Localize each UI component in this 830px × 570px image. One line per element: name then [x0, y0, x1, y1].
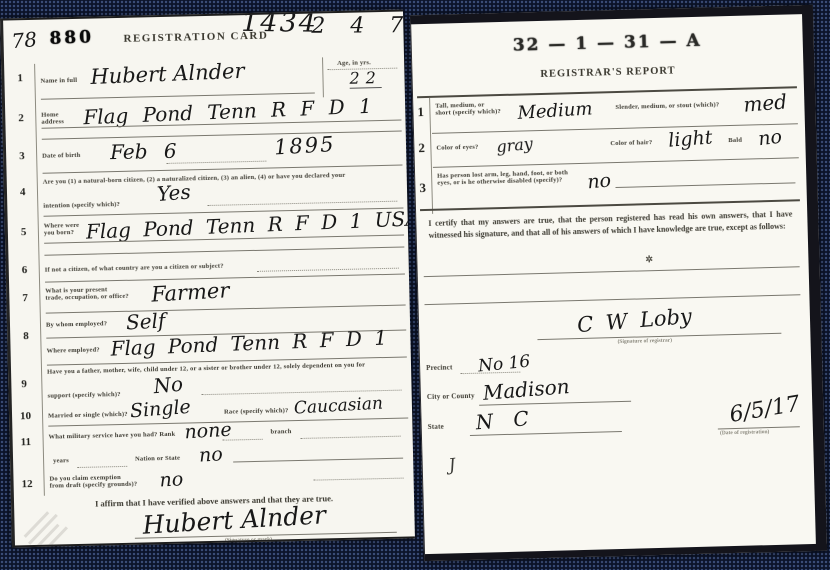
ruled-line	[77, 466, 127, 468]
registrar-signature-caption: (Signature of registrar)	[617, 338, 672, 345]
line-number: 3	[419, 180, 426, 196]
ruled-line	[257, 268, 399, 272]
line-number: 6	[22, 264, 28, 276]
handwritten-race: Caucasian	[293, 394, 383, 419]
field-label-citizen-b: intention (specify which)?	[43, 201, 120, 210]
line-8-employment: 8 By whom employed? Self Where employed?…	[10, 307, 414, 368]
ruled-line	[166, 161, 266, 164]
field-label-nation: Nation or State	[135, 455, 180, 463]
ruled-line	[424, 266, 800, 277]
ruled-line	[301, 436, 401, 439]
line-number: 7	[22, 292, 28, 304]
scanned-draft-card-page: 78 880 REGISTRATION CARD 1434 2 4 7 1 Na…	[0, 0, 830, 570]
field-label-dependents-b: support (specify which)?	[48, 391, 121, 400]
field-label-rank: What military service have you had? Rank	[48, 431, 175, 441]
field-label-birthplace: Where were you born?	[44, 222, 80, 237]
field-label-branch: branch	[270, 428, 291, 435]
line-number: 11	[21, 436, 32, 448]
field-label-name: Name in full	[40, 77, 77, 85]
registrar-signature: C W Loby	[576, 304, 692, 337]
handwritten-occupation: Farmer	[151, 278, 230, 306]
report-title: REGISTRAR'S REPORT	[412, 62, 803, 83]
field-label-work-place: Where employed?	[47, 346, 100, 354]
handwritten-birth-date: Feb 6	[110, 139, 177, 165]
ruled-line	[207, 201, 397, 206]
ruled-line	[314, 478, 404, 481]
ruled-line	[223, 439, 263, 441]
stray-pen-mark: J	[447, 455, 456, 476]
field-label-eyes: Color of eyes?	[436, 144, 478, 152]
field-label-employer: By whom employed?	[46, 320, 107, 328]
registration-card-front: 78 880 REGISTRATION CARD 1434 2 4 7 1 Na…	[0, 9, 415, 547]
state-label: State	[428, 423, 444, 431]
line-number: 1	[17, 72, 23, 84]
date-caption: (Date of registration)	[720, 429, 770, 436]
signature-caption: (Signature or mark)	[225, 537, 272, 544]
ruled-line	[424, 294, 800, 305]
handwritten-eyes: gray	[496, 134, 534, 156]
handwritten-dependents: No	[152, 372, 184, 399]
line-number: 10	[20, 410, 31, 422]
handwritten-disability: no	[587, 170, 612, 194]
field-label-occupation: What is your present trade, occupation, …	[45, 286, 129, 302]
line-number: 8	[23, 330, 29, 342]
ruled-line	[233, 458, 403, 463]
line-number: 1	[417, 104, 424, 120]
line-number: 2	[418, 140, 425, 156]
handwritten-age: 22	[349, 68, 382, 89]
field-label-disability: Has person lost arm, leg, hand, foot, or…	[437, 169, 568, 186]
handwritten-serial-number: 78	[10, 27, 38, 53]
field-label-dob: Date of birth	[42, 152, 80, 160]
handwritten-citizenship: Yes	[156, 180, 191, 206]
line-number: 3	[19, 150, 25, 162]
handwritten-marital-status: Single	[129, 396, 191, 422]
form-number-stamp: 880	[49, 27, 94, 49]
handwritten-build: med	[742, 89, 787, 116]
field-label-exemption: Do you claim exemption from draft (speci…	[49, 474, 137, 490]
precinct-label: Precinct	[426, 363, 453, 372]
line-number: 5	[21, 226, 27, 238]
handwritten-exemption: no	[159, 468, 184, 491]
age-label: Age, in yrs.	[337, 59, 371, 67]
field-label-height: Tall, medium, or short (specify which)?	[435, 101, 501, 117]
line-number: 2	[18, 112, 24, 124]
field-label-alien: If not a citizen, of what country are yo…	[45, 263, 224, 274]
handwritten-nation: no	[198, 443, 223, 466]
field-label-bald: Bald	[728, 137, 742, 144]
report-line-3-disability: 3 Has person lost arm, leg, hand, foot, …	[415, 160, 804, 212]
line-number: 4	[20, 186, 26, 198]
handwritten-height: Medium	[517, 98, 593, 124]
handwritten-state: N C	[475, 406, 537, 435]
registrar-report-back: 32 — 1 — 31 — A REGISTRAR'S REPORT 1 Tal…	[410, 5, 827, 561]
serial-stamp: 32 — 1 — 31 — A	[412, 28, 803, 58]
field-label-race: Race (specify which)?	[224, 407, 289, 415]
handwritten-hair: light	[667, 126, 713, 151]
field-label-build: Slender, medium, or stout (which)?	[615, 101, 719, 111]
certification-text: I certify that my answers are true, that…	[428, 208, 792, 241]
field-label-address: Home address	[41, 111, 64, 126]
handwritten-order-number: 2 4 7	[311, 13, 412, 39]
handwritten-birth-year: 1895	[273, 132, 336, 159]
ruled-line	[615, 182, 795, 188]
field-label-years: years	[53, 457, 69, 464]
handwritten-registration-number: 1434	[241, 9, 318, 38]
county-label: City or County	[427, 392, 475, 401]
ink-smudge: ✲	[645, 254, 653, 265]
line-number: 9	[21, 378, 27, 390]
age-box: Age, in yrs. 22	[322, 56, 403, 98]
handwritten-employer: Self	[125, 308, 166, 334]
handwritten-bald: no	[757, 126, 783, 151]
field-label-marital: Married or single (which)?	[48, 411, 128, 420]
line-number: 12	[21, 478, 32, 490]
handwritten-name: Hubert Alnder	[90, 59, 245, 89]
field-label-hair: Color of hair?	[610, 139, 652, 147]
